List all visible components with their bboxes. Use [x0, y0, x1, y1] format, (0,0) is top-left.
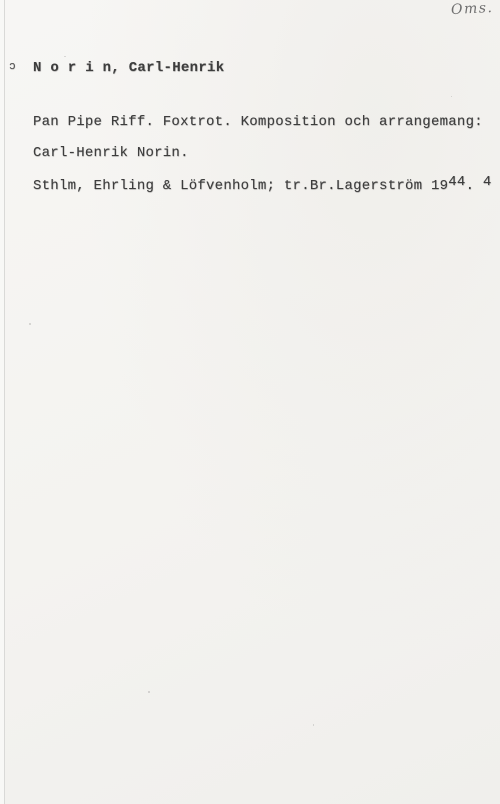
imprint-prefix: Sthlm, Ehrling & Löfvenholm; tr.Br.Lager… — [33, 178, 448, 194]
paper-speck — [451, 96, 452, 97]
heading-check-mark-icon: ɔ — [9, 60, 16, 74]
imprint-separator: . — [466, 178, 483, 194]
imprint-line: Sthlm, Ehrling & Löfvenholm; tr.Br.Lager… — [33, 176, 492, 196]
paper-speck — [313, 724, 314, 726]
imprint-year-raised-digits: 44 — [448, 174, 465, 190]
imprint-plate-raised-digit: 4 — [483, 174, 492, 190]
paper-speck — [148, 691, 150, 693]
pencil-annotation: Oms. — [450, 0, 493, 18]
composer-line: Carl-Henrik Norin. — [33, 143, 189, 163]
title-statement-line: Pan Pipe Riff. Foxtrot. Komposition och … — [33, 112, 483, 132]
paper-speck — [64, 56, 66, 57]
paper-speck — [29, 323, 31, 325]
catalog-card: Oms. ɔ N o r i n, Carl-Henrik Pan Pipe R… — [0, 0, 500, 804]
author-heading: N o r i n, Carl-Henrik — [33, 58, 224, 78]
card-left-edge-line — [4, 0, 5, 804]
